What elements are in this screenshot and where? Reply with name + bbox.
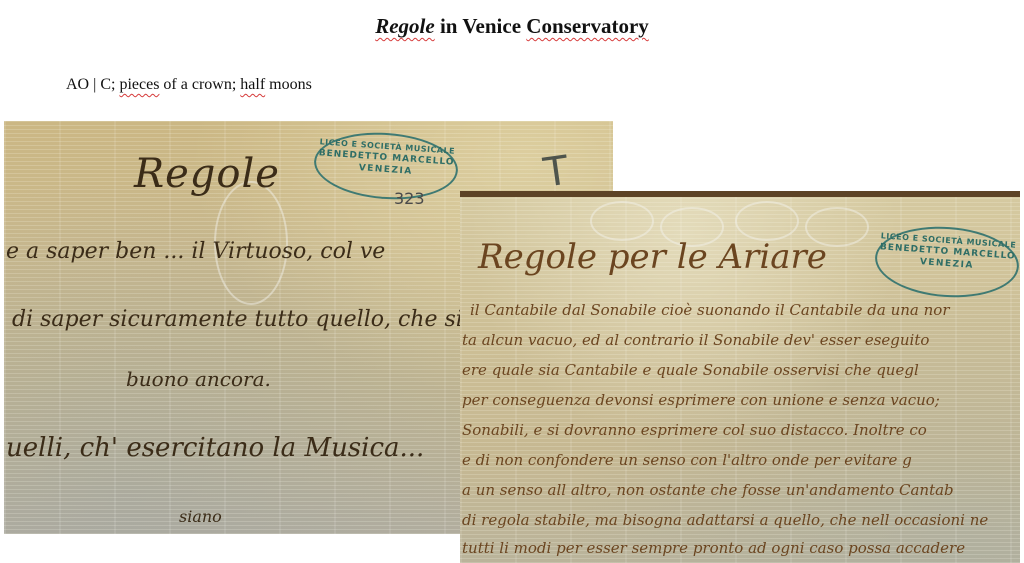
title-last-word: Conservatory (526, 14, 648, 38)
watermark-half-moon (735, 201, 799, 241)
manuscript-line: ere quale sia Cantabile e quale Sonabile… (462, 361, 919, 379)
manuscript-image-right: Regole per le Ariare LICEO E SOCIETÀ MUS… (460, 191, 1020, 563)
subtitle-prefix: AO | C; (66, 76, 119, 93)
manuscript-line: e a saper ben ... il Virtuoso, col ve (6, 239, 385, 264)
manuscript-line: il Cantabile dal Sonabile cioè suonando … (470, 301, 950, 319)
subtitle-word-pieces: pieces (119, 76, 159, 93)
watermark-description: AO | C; pieces of a crown; half moons (66, 76, 312, 94)
manuscript-line: Sonabili, e si dovranno esprimere col su… (462, 421, 927, 439)
manuscript-line: buono ancora. (126, 367, 271, 391)
subtitle-end: moons (265, 76, 312, 93)
page-title: Regole in Venice Conservatory (0, 14, 1024, 39)
title-italic-word: Regole (375, 14, 434, 38)
manuscript-line: per conseguenza devonsi esprimere con un… (462, 391, 940, 409)
manuscript-line: a un senso all altro, non ostante che fo… (462, 481, 954, 499)
subtitle-word-half: half (240, 76, 265, 93)
manuscript-heading: Regole per le Ariare (478, 237, 827, 277)
manuscript-line: siano (179, 507, 222, 526)
manuscript-heading: Regole (134, 151, 280, 197)
manuscript-line: di saper sicuramente tutto quello, che s… (12, 307, 478, 332)
title-middle: in Venice (435, 14, 527, 38)
manuscript-line: tutti li modi per esser sempre pronto ad… (462, 539, 965, 557)
manuscript-line: di regola stabile, ma bisogna adattarsi … (462, 511, 988, 529)
manuscript-line: e di non confondere un senso con l'altro… (462, 451, 912, 469)
subtitle-middle: of a crown; (159, 76, 240, 93)
manuscript-line: ta alcun vacuo, ed al contrario il Sonab… (462, 331, 929, 349)
shelfmark-number: 323 (394, 189, 425, 208)
manuscript-line: uelli, ch' esercitano la Musica... (6, 433, 424, 463)
watermark-half-moon (590, 201, 654, 241)
